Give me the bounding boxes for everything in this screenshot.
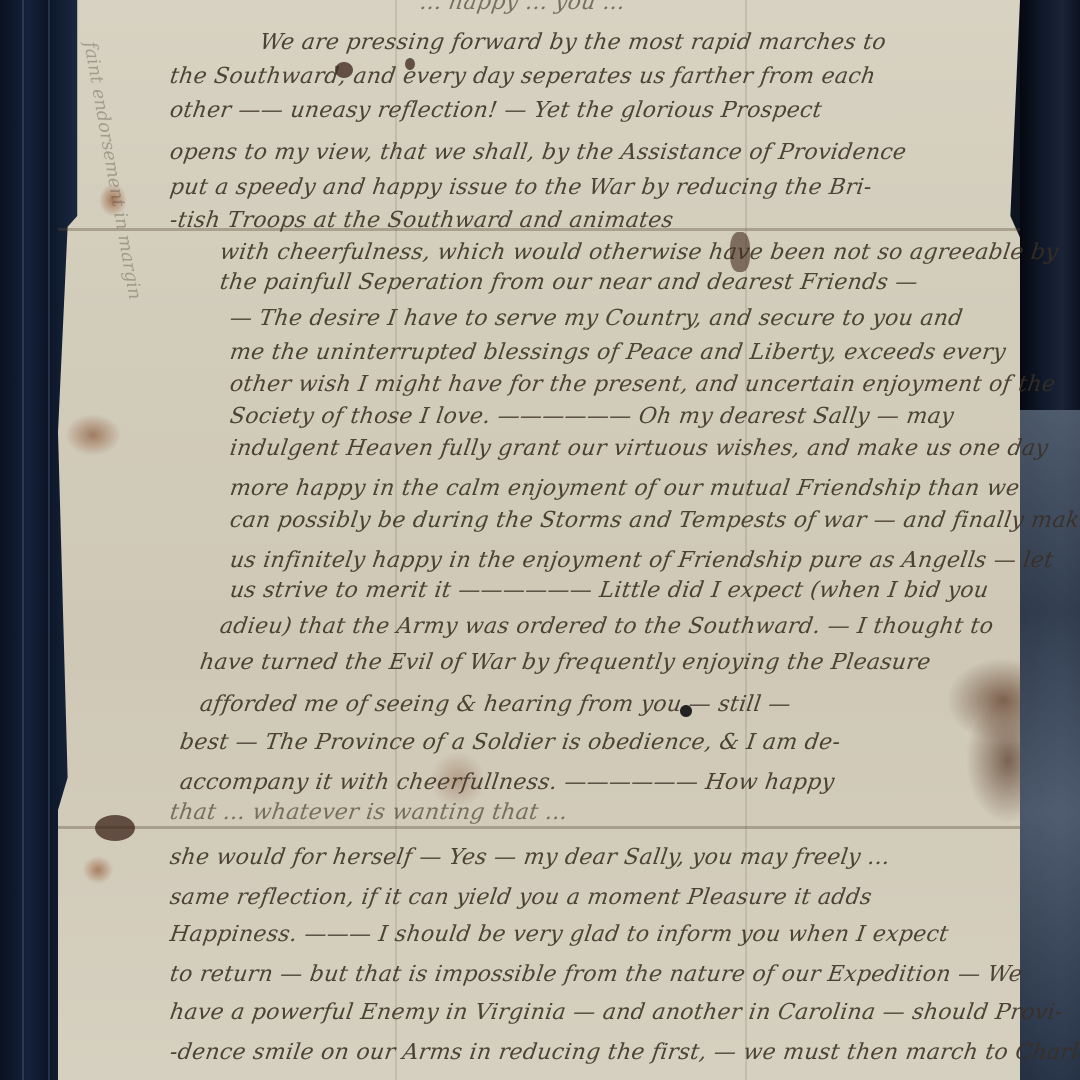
letter-line: indulgent Heaven fully grant our virtuou… — [228, 436, 1050, 461]
letter-line: opens to my view, that we shall, by the … — [168, 140, 908, 165]
horizontal-fold-line — [58, 826, 1020, 829]
letter-line: Happiness. ——— I should be very glad to … — [168, 922, 950, 947]
letter-line: best — The Province of a Soldier is obed… — [178, 730, 842, 755]
letter-line: other —— uneasy reflection! — Yet the gl… — [168, 98, 823, 123]
letter-line: — The desire I have to serve my Country,… — [228, 306, 964, 331]
letter-line: with cheerfulness, which would otherwise… — [218, 240, 1060, 265]
letter-line: she would for herself — Yes — my dear Sa… — [168, 845, 891, 870]
letter-line: Society of those I love. —————— Oh my de… — [228, 404, 955, 429]
letter-line: other wish I might have for the present,… — [228, 372, 1057, 397]
letter-line: accompany it with cheerfullness. —————— … — [178, 770, 836, 795]
letter-line: same reflection, if it can yield you a m… — [168, 885, 873, 910]
letter-line: We are pressing forward by the most rapi… — [258, 30, 887, 55]
letter-line-top-partial: ... happy ... you ... — [418, 0, 626, 15]
letter-line-damaged: that ... whatever is wanting that ... — [168, 800, 569, 825]
letter-line: more happy in the calm enjoyment of our … — [228, 476, 1021, 501]
letter-line: can possibly be during the Storms and Te… — [228, 508, 1080, 533]
letter-line: afforded me of seeing & hearing from you… — [198, 692, 792, 717]
letter-line: the Southward, and every day seperates u… — [168, 64, 877, 89]
letter-line: put a speedy and happy issue to the War … — [168, 175, 873, 200]
letter-line: the painfull Seperation from our near an… — [218, 270, 919, 295]
letter-line: have turned the Evil of War by frequentl… — [198, 650, 932, 675]
ink-blot — [95, 815, 135, 841]
letter-line: -dence smile on our Arms in reducing the… — [168, 1040, 1080, 1065]
letter-line: me the uninterrupted blessings of Peace … — [228, 340, 1007, 365]
letter-line: adieu) that the Army was ordered to the … — [218, 614, 995, 639]
letter-line: to return — but that is impossible from … — [168, 962, 1024, 987]
letter-line: have a powerful Enemy in Virginia — and … — [168, 1000, 1064, 1025]
letter-line: us infinitely happy in the enjoyment of … — [228, 548, 1055, 573]
letter-line: -tish Troops at the Southward and animat… — [168, 208, 675, 233]
letter-line: us strive to merit it —————— Little did … — [228, 578, 990, 603]
